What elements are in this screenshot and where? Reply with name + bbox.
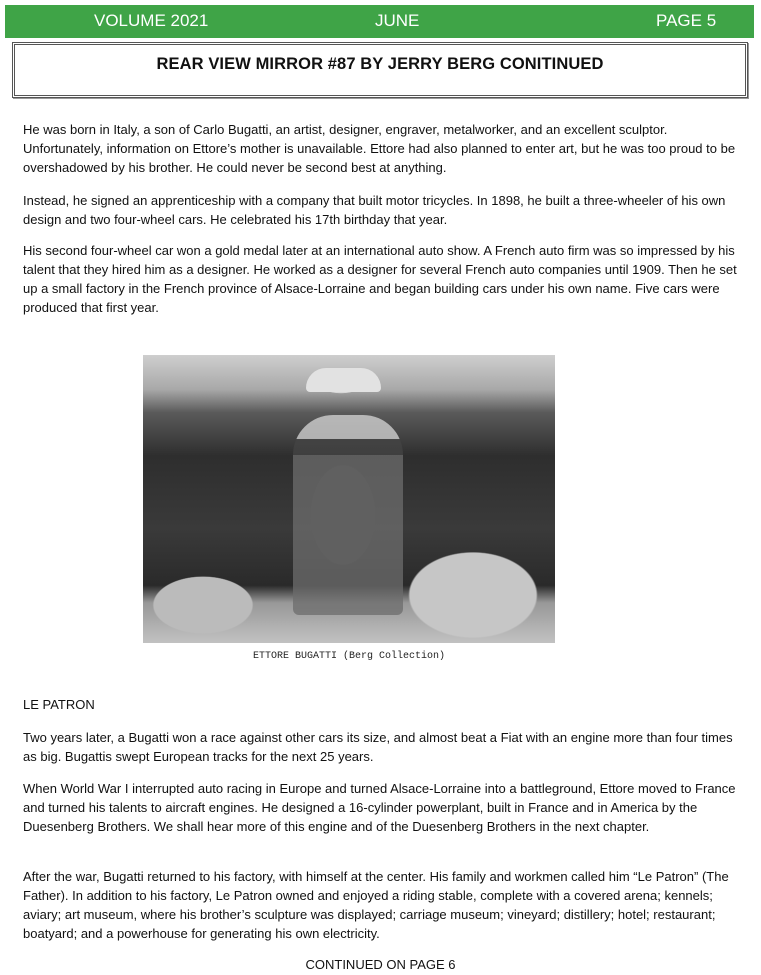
newsletter-header-bar: VOLUME 2021 JUNE PAGE 5 [5, 5, 754, 38]
paragraph-race-win: Two years later, a Bugatti won a race ag… [23, 728, 738, 766]
continued-note: CONTINUED ON PAGE 6 [0, 957, 761, 972]
paragraph-gold-medal: His second four-wheel car won a gold med… [23, 241, 738, 317]
volume-label: VOLUME 2021 [94, 11, 208, 31]
ettore-bugatti-photo [143, 355, 555, 643]
photo-hat-shape [306, 368, 381, 392]
paragraph-after-war: After the war, Bugatti returned to his f… [23, 867, 738, 943]
photo-caption: ETTORE BUGATTI (Berg Collection) [143, 651, 555, 662]
month-label: JUNE [375, 11, 419, 31]
photo-figure: ETTORE BUGATTI (Berg Collection) [143, 355, 555, 670]
photo-subject-silhouette [293, 415, 403, 615]
page-number: PAGE 5 [656, 11, 716, 31]
paragraph-birth: He was born in Italy, a son of Carlo Bug… [23, 120, 738, 177]
section-heading-le-patron: LE PATRON [23, 697, 95, 712]
article-title: REAR VIEW MIRROR #87 BY JERRY BERG CONIT… [15, 55, 745, 74]
paragraph-world-war: When World War I interrupted auto racing… [23, 779, 738, 836]
article-title-box: REAR VIEW MIRROR #87 BY JERRY BERG CONIT… [12, 42, 748, 98]
paragraph-apprenticeship: Instead, he signed an apprenticeship wit… [23, 191, 738, 229]
